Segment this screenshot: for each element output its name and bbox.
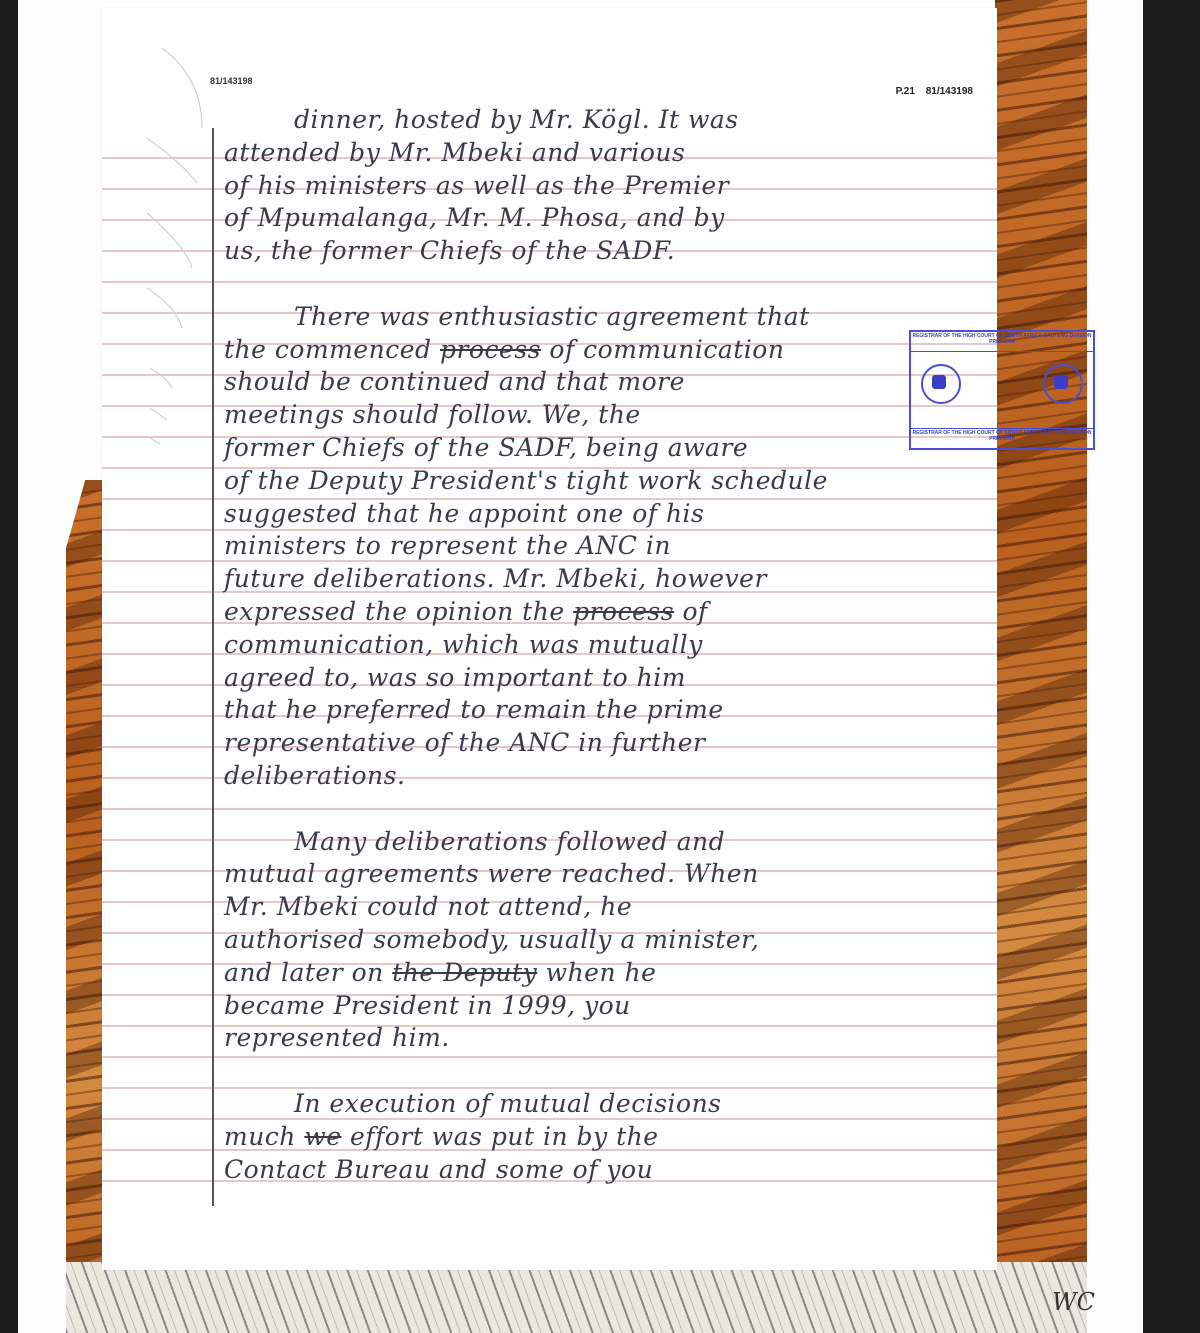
text-line: that he preferred to remain the prime	[224, 694, 994, 727]
text-line: representative of the ANC in further	[224, 727, 994, 760]
text-line: much we effort was put in by the	[224, 1121, 994, 1154]
document-id-left: 81/143198	[210, 76, 253, 86]
stamp-footer-text: REGISTRAR OF THE HIGH COURT OF SOUTH AFR…	[911, 428, 1093, 448]
text-line: attended by Mr. Mbeki and various	[224, 137, 994, 170]
text-line: the commenced process of communication	[224, 334, 994, 367]
struck-text: process	[440, 335, 541, 364]
text-line: represented him.	[224, 1022, 994, 1055]
text-line: expressed the opinion the process of	[224, 596, 994, 629]
document-page-reference: P.21 81/143198	[896, 86, 973, 97]
paragraph-2: There was enthusiastic agreement that th…	[224, 301, 994, 793]
text-line: of the Deputy President's tight work sch…	[224, 465, 994, 498]
margin-initials: WC	[1052, 1288, 1095, 1316]
page-label: P.21	[896, 86, 915, 97]
court-seal-icon	[921, 364, 961, 404]
stamp-header-text: REGISTRAR OF THE HIGH COURT OF SOUTH AFR…	[911, 332, 1093, 352]
text-line: Many deliberations followed and	[224, 826, 994, 859]
text-line: became President in 1999, you	[224, 990, 994, 1023]
wood-table-background-bottom	[66, 1262, 1087, 1333]
text-line: In execution of mutual decisions	[224, 1088, 994, 1121]
court-stamp: REGISTRAR OF THE HIGH COURT OF SOUTH AFR…	[909, 330, 1095, 450]
document-id-right: 81/143198	[926, 86, 973, 97]
text-line: agreed to, was so important to him	[224, 662, 994, 695]
paragraph-4: In execution of mutual decisions much we…	[224, 1088, 994, 1186]
text-line: former Chiefs of the SADF, being aware	[224, 432, 994, 465]
paragraph-1: dinner, hosted by Mr. Kögl. It was atten…	[224, 104, 994, 268]
text-line: There was enthusiastic agreement that	[224, 301, 994, 334]
text-line: should be continued and that more	[224, 366, 994, 399]
struck-text: process	[573, 597, 674, 626]
handwritten-page: 81/143198 P.21 81/143198 dinner, hosted …	[102, 8, 997, 1270]
paragraph-3: Many deliberations followed and mutual a…	[224, 826, 994, 1056]
text-line: of his ministers as well as the Premier	[224, 170, 994, 203]
document-viewer: 81/143198 P.21 81/143198 dinner, hosted …	[18, 0, 1143, 1333]
text-line: authorised somebody, usually a minister,	[224, 924, 994, 957]
struck-text: we	[304, 1122, 341, 1151]
text-line: us, the former Chiefs of the SADF.	[224, 235, 994, 268]
struck-text: the Deputy	[392, 958, 537, 987]
handwritten-text: dinner, hosted by Mr. Kögl. It was atten…	[224, 104, 994, 1186]
text-line: ministers to represent the ANC in	[224, 530, 994, 563]
text-line: dinner, hosted by Mr. Kögl. It was	[224, 104, 994, 137]
text-line: of Mpumalanga, Mr. M. Phosa, and by	[224, 202, 994, 235]
text-line: meetings should follow. We, the	[224, 399, 994, 432]
court-seal-icon	[1043, 364, 1083, 404]
text-line: deliberations.	[224, 760, 994, 793]
text-line: Contact Bureau and some of you	[224, 1154, 994, 1187]
wood-table-background	[995, 0, 1087, 1333]
text-line: mutual agreements were reached. When	[224, 858, 994, 891]
text-line: future deliberations. Mr. Mbeki, however	[224, 563, 994, 596]
text-line: communication, which was mutually	[224, 629, 994, 662]
margin-line	[212, 128, 214, 1206]
text-line: and later on the Deputy when he	[224, 957, 994, 990]
text-line: suggested that he appoint one of his	[224, 498, 994, 531]
text-line: Mr. Mbeki could not attend, he	[224, 891, 994, 924]
